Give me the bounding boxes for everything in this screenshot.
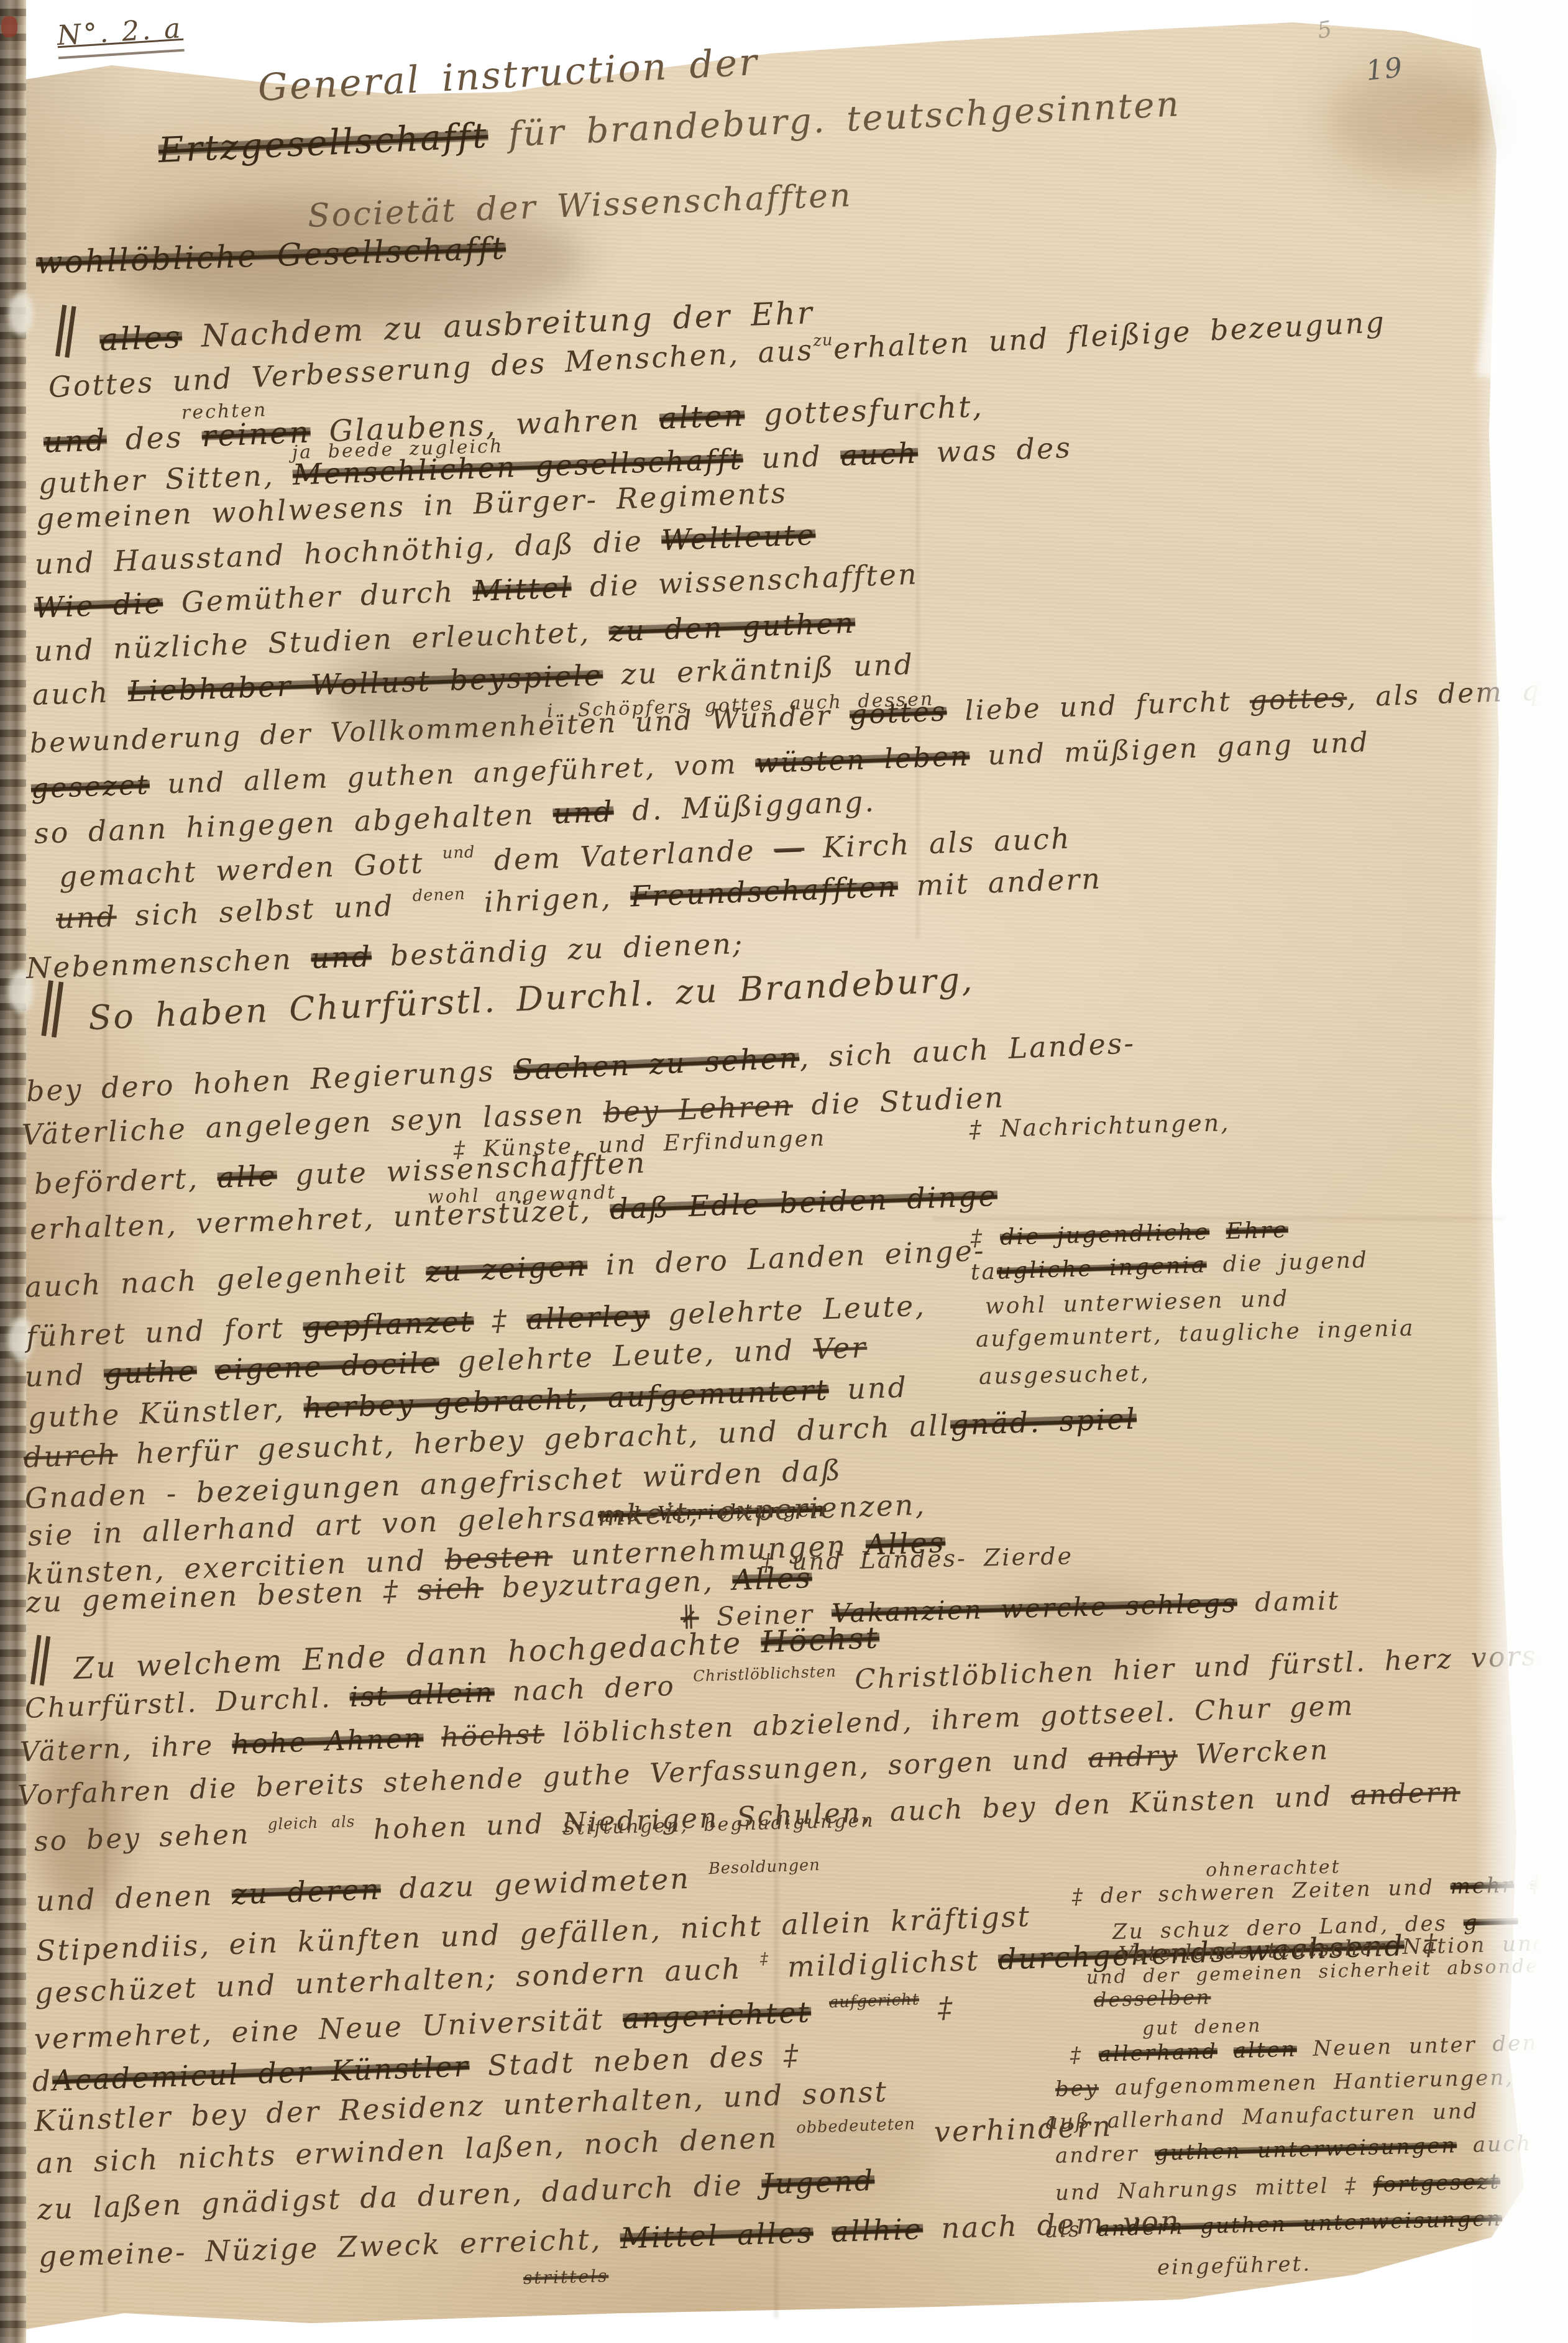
struck-segment: alles	[99, 319, 183, 358]
struck-segment: allhie	[832, 2212, 924, 2249]
struck-segment: Jugend	[761, 2163, 876, 2201]
line-segment: damit	[1237, 1585, 1341, 1618]
struck-segment: und	[43, 423, 108, 460]
struck-segment: Ver	[812, 1331, 868, 1366]
line-segment: denen	[412, 885, 465, 906]
struck-segment: gnäd. spiel	[950, 1401, 1137, 1441]
struck-segment: angerichtet	[622, 1995, 812, 2035]
line-segment: eingeführet.	[1157, 2252, 1311, 2280]
line-segment: gut denen	[1142, 2015, 1262, 2040]
line-segment: ihrigen,	[465, 880, 631, 920]
line-segment: gleich als	[267, 1812, 355, 1833]
line-segment: obbedeuteten	[796, 2115, 916, 2138]
line-segment: was des	[917, 431, 1073, 470]
line-segment: des	[106, 419, 202, 457]
margin-note: ohnerachtet	[1206, 1858, 1341, 1880]
tissue-fold	[1476, 215, 1542, 381]
line-segment	[80, 322, 101, 359]
struck-segment: Alles	[732, 1561, 813, 1597]
margin-note: ‡ Nachrichtungen,	[970, 1111, 1231, 1141]
section-mark: ∥	[36, 992, 70, 1029]
struck-segment: Weltleute	[661, 518, 816, 557]
struck-segment: gepflanzet	[303, 1304, 475, 1344]
struck-segment: allerhand	[1098, 2039, 1217, 2067]
line-segment: die jugend	[1206, 1247, 1369, 1278]
struck-segment: andern	[1350, 1776, 1461, 1812]
struck-segment: Ehre	[1226, 1217, 1288, 1245]
line-segment: und	[24, 1357, 104, 1393]
struck-segment: und	[310, 940, 372, 975]
line-segment	[1209, 1219, 1227, 1245]
struck-segment: zu zeigen	[425, 1249, 588, 1288]
struck-segment: gottes	[1249, 682, 1347, 717]
line-segment	[810, 1994, 830, 2029]
stain	[1330, 68, 1498, 174]
struck-segment: auch	[840, 436, 919, 472]
struck-segment: durch	[23, 1437, 118, 1474]
margin-note: ausgesuchet,	[979, 1362, 1150, 1388]
struck-segment: desselben	[1094, 1985, 1211, 2012]
folio-number: 19	[1364, 52, 1405, 87]
line-segment: ‡	[473, 1303, 527, 1338]
line-segment	[423, 1722, 442, 1754]
line-segment: Wercken	[1177, 1734, 1330, 1771]
line-segment: d	[32, 2064, 53, 2098]
struck-segment: Mittel	[472, 571, 572, 608]
line-segment: und denen	[35, 1878, 232, 1918]
line-segment: befördert,	[34, 1161, 218, 1201]
spine-fray	[9, 292, 34, 336]
struck-segment: Mittel alles	[620, 2216, 814, 2255]
line-segment: andrer	[1055, 2141, 1155, 2168]
line-segment: zu	[813, 331, 834, 351]
line-segment: ‡	[1070, 2042, 1099, 2068]
struck-segment: aufgericht	[828, 1990, 919, 2012]
struck-segment: alle	[217, 1158, 278, 1194]
struck-segment: sich	[417, 1571, 484, 1607]
struck-segment: guthe	[103, 1354, 197, 1390]
struck-segment: bey	[1055, 2076, 1099, 2102]
line-segment: Besoldungen	[708, 1856, 820, 1878]
archive-label: N°. 2. a	[56, 12, 184, 59]
struck-segment: allerley	[526, 1298, 650, 1336]
struck-segment: andry	[1088, 1740, 1178, 1774]
manuscript-line: strittels	[523, 2267, 609, 2287]
struck-segment: gottes	[849, 695, 947, 730]
section-mark: ∥	[26, 1646, 57, 1679]
struck-segment: höchst	[441, 1718, 545, 1754]
line-segment: und	[743, 439, 841, 475]
struck-segment: —	[773, 832, 805, 866]
struck-segment: alten	[1233, 2037, 1297, 2063]
line-segment: als	[1045, 2217, 1097, 2243]
struck-segment: alten	[659, 398, 746, 436]
struck-segment: strittels	[523, 2265, 609, 2288]
struck-segment: zu deren	[231, 1873, 382, 1911]
line-segment: auch	[32, 675, 129, 712]
book-spine	[0, 0, 26, 2343]
line-segment: ausgesuchet,	[979, 1360, 1151, 1390]
tissue-guard-strip	[1475, 0, 1568, 2343]
line-segment: ‡	[919, 1990, 955, 2025]
margin-note: eingeführet.	[1157, 2254, 1312, 2278]
struck-segment: gesezet	[30, 769, 150, 805]
struck-segment: und	[552, 794, 615, 830]
spine-marbling	[1, 16, 17, 37]
line-segment: und	[442, 843, 475, 863]
struck-segment: hohe Ahnen	[231, 1722, 424, 1761]
margin-note: gut denen	[1142, 2017, 1262, 2038]
struck-segment: Alles	[865, 1525, 946, 1561]
line-segment: und	[828, 1370, 909, 1406]
line-segment	[813, 2215, 832, 2249]
struck-segment: Wie die	[34, 586, 163, 625]
struck-segment: ist allein	[349, 1677, 495, 1713]
struck-segment: Höchst	[760, 1620, 879, 1659]
line-segment	[196, 1353, 216, 1387]
line-segment	[1217, 2038, 1234, 2064]
margin-note: desselben	[1094, 1987, 1211, 2010]
manuscript-scan: { "page": { "archive_label": "N°. 2. a",…	[0, 0, 1568, 2343]
line-segment: ‡	[760, 1950, 769, 1968]
struck-segment: und	[55, 899, 117, 935]
section-mark: ∥	[51, 316, 83, 350]
